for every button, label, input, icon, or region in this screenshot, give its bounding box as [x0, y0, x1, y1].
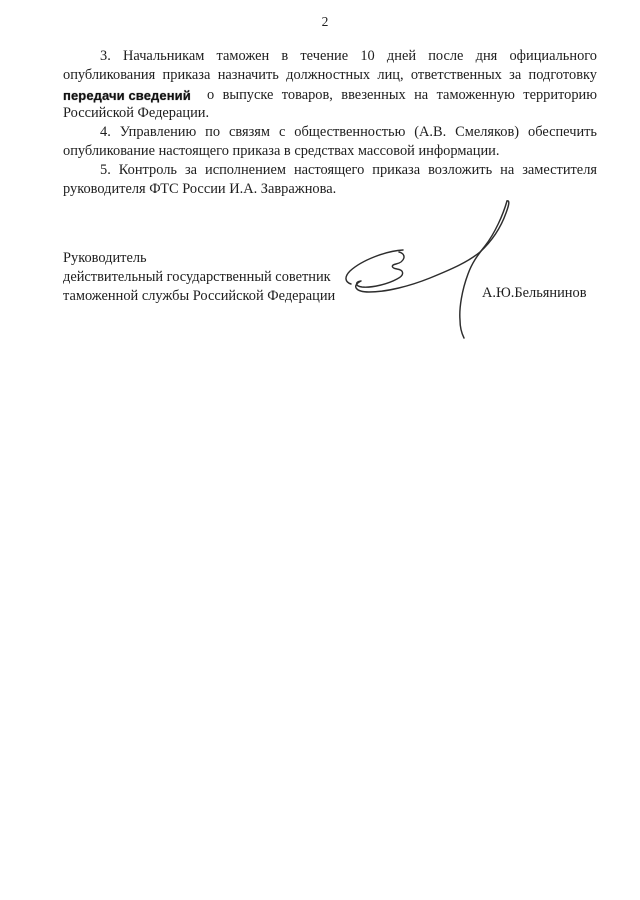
- item5-line1: 5. Контроль за исполнением настоящего пр…: [63, 161, 597, 180]
- item3-line2: опубликования приказа назначить должност…: [63, 66, 597, 85]
- item4-line2: опубликование настоящего приказа в средс…: [63, 142, 597, 161]
- signer-title-line3: таможенной службы Российской Федерации: [63, 287, 335, 306]
- signature-stroke-left-curve: [346, 250, 403, 284]
- typed-correction-text: передачи сведений: [63, 86, 191, 105]
- signer-title-line2: действительный государственный советник: [63, 268, 335, 287]
- page-number: 2: [63, 14, 587, 30]
- signature-stroke-loop-tail: [460, 201, 507, 338]
- signer-name: А.Ю.Бельянинов: [482, 284, 587, 303]
- item3-line3-rest: о выпуске товаров, ввезенных на таможенн…: [207, 86, 597, 105]
- signature-stroke-zigzag-sweep: [356, 201, 509, 292]
- handwritten-signature-icon: [335, 190, 520, 345]
- item4-line1: 4. Управлению по связям с общественность…: [63, 123, 597, 142]
- scanned-order-page: 2 3. Начальникам таможен в течение 10 дн…: [0, 0, 640, 900]
- signer-title-line1: Руководитель: [63, 249, 335, 268]
- order-body-text: 3. Начальникам таможен в течение 10 дней…: [63, 47, 597, 199]
- item3-line3: передачи сведений о выпуске товаров, вве…: [63, 85, 597, 104]
- signer-title-block: Руководитель действительный государствен…: [63, 249, 335, 306]
- item3-line4: Российской Федерации.: [63, 104, 597, 123]
- item3-line1: 3. Начальникам таможен в течение 10 дней…: [63, 47, 597, 66]
